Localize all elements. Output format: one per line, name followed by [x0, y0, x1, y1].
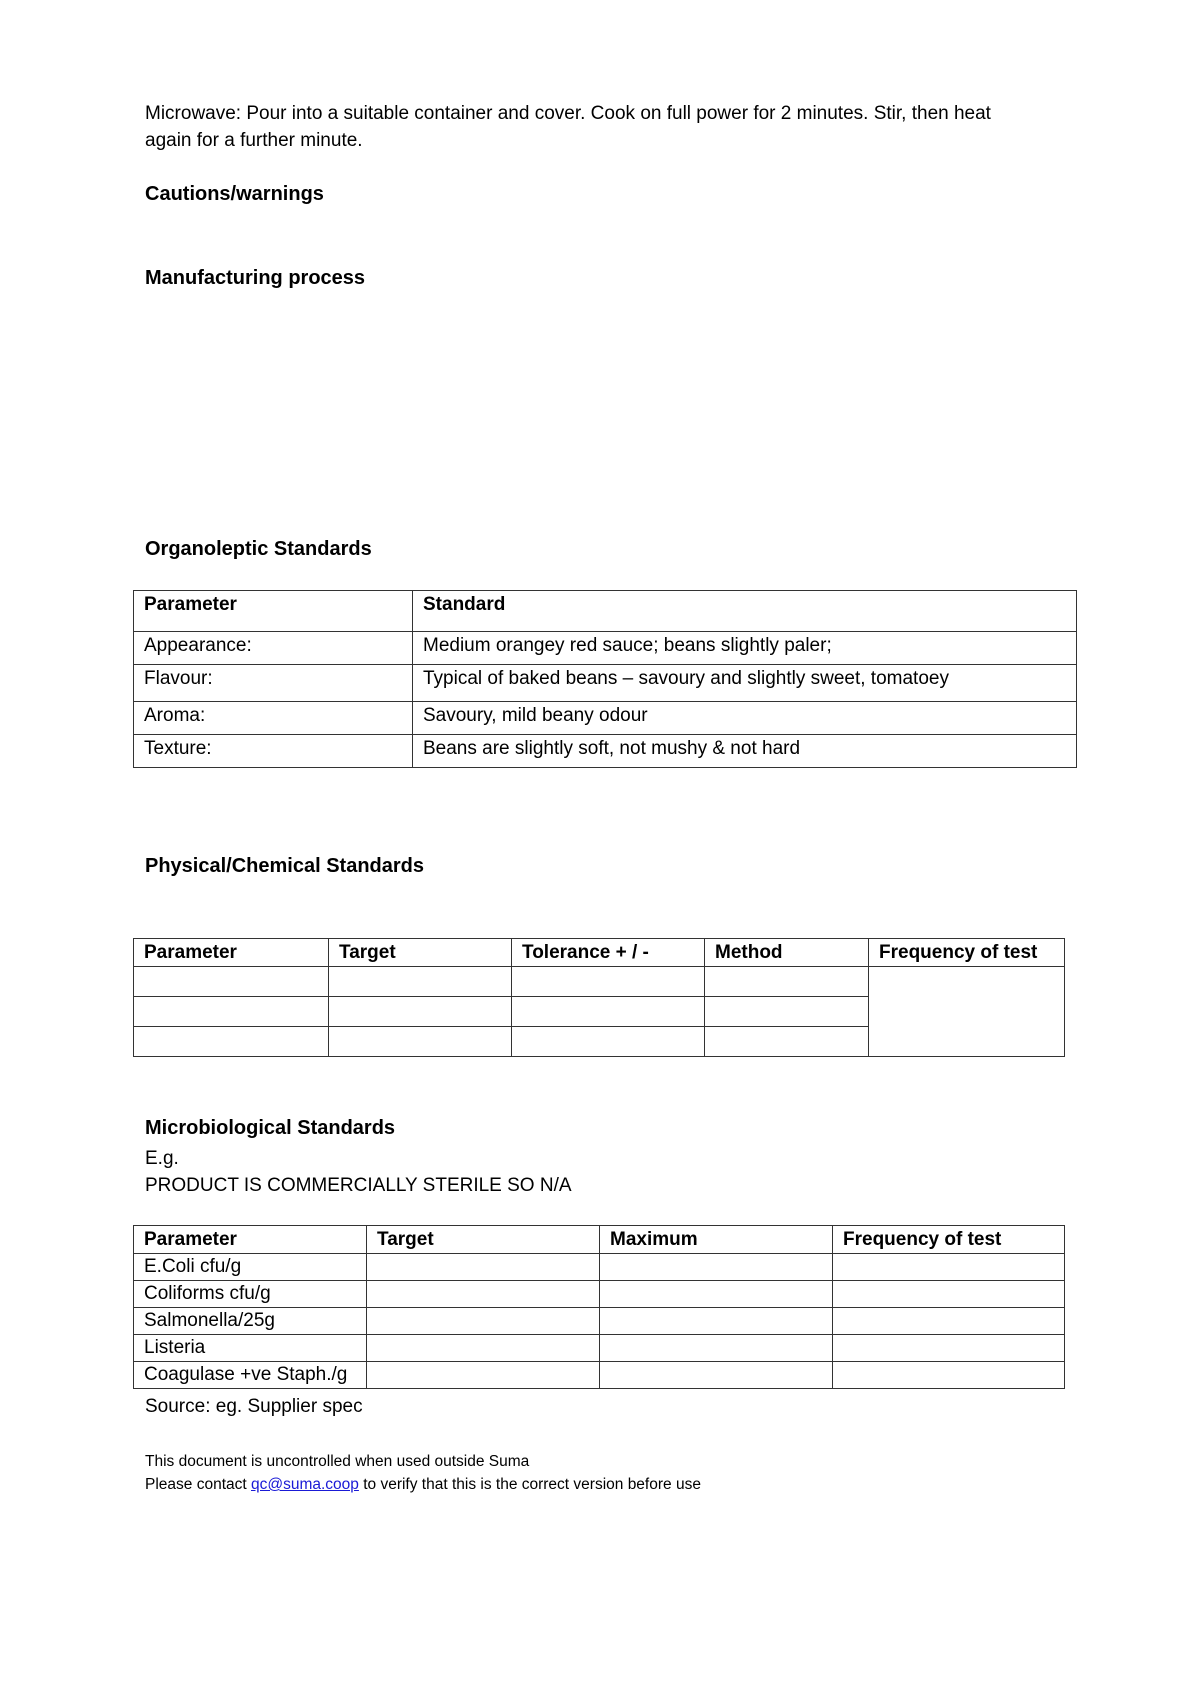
maximum-cell[interactable]: [600, 1254, 833, 1281]
parameter-cell: E.Coli cfu/g: [134, 1254, 367, 1281]
micro-table: Parameter Target Maximum Frequency of te…: [133, 1225, 1065, 1389]
table-row: E.Coli cfu/g: [134, 1254, 1065, 1281]
header-tolerance: Tolerance + / -: [512, 939, 705, 967]
target-cell[interactable]: [329, 967, 512, 997]
target-cell[interactable]: [367, 1308, 600, 1335]
header-parameter: Parameter: [134, 591, 413, 632]
parameter-cell: Appearance:: [134, 632, 413, 665]
header-target: Target: [329, 939, 512, 967]
parameter-cell[interactable]: [134, 997, 329, 1027]
micro-eg: E.g.: [145, 1145, 179, 1172]
target-cell[interactable]: [367, 1335, 600, 1362]
table-header-row: Parameter Target Tolerance + / - Method …: [134, 939, 1065, 967]
frequency-cell[interactable]: [833, 1362, 1065, 1389]
tolerance-cell[interactable]: [512, 1027, 705, 1057]
manufacturing-heading: Manufacturing process: [145, 267, 365, 290]
parameter-cell: Coliforms cfu/g: [134, 1281, 367, 1308]
cautions-heading: Cautions/warnings: [145, 183, 324, 206]
parameter-cell: Listeria: [134, 1335, 367, 1362]
method-cell[interactable]: [705, 1027, 869, 1057]
table-row: Listeria: [134, 1335, 1065, 1362]
header-target: Target: [367, 1226, 600, 1254]
microwave-line-1: Microwave: Pour into a suitable containe…: [145, 100, 991, 127]
table-row: Aroma: Savoury, mild beany odour: [134, 702, 1077, 735]
tolerance-cell[interactable]: [512, 997, 705, 1027]
header-maximum: Maximum: [600, 1226, 833, 1254]
document-footer: This document is uncontrolled when used …: [145, 1450, 701, 1496]
table-row: [134, 967, 1065, 997]
microwave-line-2: again for a further minute.: [145, 127, 991, 154]
table-header-row: Parameter Standard: [134, 591, 1077, 632]
table-row: Texture: Beans are slightly soft, not mu…: [134, 735, 1077, 768]
table-header-row: Parameter Target Maximum Frequency of te…: [134, 1226, 1065, 1254]
contact-line: Please contact qc@suma.coop to verify th…: [145, 1473, 701, 1496]
microwave-instructions: Microwave: Pour into a suitable containe…: [145, 100, 991, 154]
table-row: Coagulase +ve Staph./g: [134, 1362, 1065, 1389]
frequency-cell[interactable]: [833, 1335, 1065, 1362]
header-frequency: Frequency of test: [833, 1226, 1065, 1254]
parameter-cell[interactable]: [134, 1027, 329, 1057]
frequency-cell[interactable]: [833, 1254, 1065, 1281]
frequency-cell[interactable]: [869, 967, 1065, 1057]
target-cell[interactable]: [367, 1362, 600, 1389]
table-row: Appearance: Medium orangey red sauce; be…: [134, 632, 1077, 665]
target-cell[interactable]: [367, 1281, 600, 1308]
parameter-cell: Texture:: [134, 735, 413, 768]
table-row: Flavour: Typical of baked beans – savour…: [134, 665, 1077, 702]
header-parameter: Parameter: [134, 1226, 367, 1254]
parameter-cell: Aroma:: [134, 702, 413, 735]
parameter-cell: Flavour:: [134, 665, 413, 702]
standard-cell: Beans are slightly soft, not mushy & not…: [413, 735, 1077, 768]
contact-email-link[interactable]: qc@suma.coop: [251, 1476, 359, 1493]
tolerance-cell[interactable]: [512, 967, 705, 997]
standard-cell: Typical of baked beans – savoury and sli…: [413, 665, 1077, 702]
standard-cell: Medium orangey red sauce; beans slightly…: [413, 632, 1077, 665]
physical-table: Parameter Target Tolerance + / - Method …: [133, 938, 1065, 1057]
maximum-cell[interactable]: [600, 1362, 833, 1389]
header-standard: Standard: [413, 591, 1077, 632]
source-note: Source: eg. Supplier spec: [145, 1393, 363, 1420]
parameter-cell: Coagulase +ve Staph./g: [134, 1362, 367, 1389]
maximum-cell[interactable]: [600, 1335, 833, 1362]
organoleptic-table: Parameter Standard Appearance: Medium or…: [133, 590, 1077, 768]
uncontrolled-notice: This document is uncontrolled when used …: [145, 1450, 701, 1473]
target-cell[interactable]: [329, 1027, 512, 1057]
target-cell[interactable]: [367, 1254, 600, 1281]
header-frequency: Frequency of test: [869, 939, 1065, 967]
micro-heading: Microbiological Standards: [145, 1117, 395, 1140]
parameter-cell: Salmonella/25g: [134, 1308, 367, 1335]
contact-suffix: to verify that this is the correct versi…: [359, 1476, 701, 1493]
target-cell[interactable]: [329, 997, 512, 1027]
method-cell[interactable]: [705, 967, 869, 997]
standard-cell: Savoury, mild beany odour: [413, 702, 1077, 735]
maximum-cell[interactable]: [600, 1281, 833, 1308]
parameter-cell[interactable]: [134, 967, 329, 997]
method-cell[interactable]: [705, 997, 869, 1027]
physical-heading: Physical/Chemical Standards: [145, 855, 424, 878]
micro-note: PRODUCT IS COMMERCIALLY STERILE SO N/A: [145, 1172, 572, 1199]
frequency-cell[interactable]: [833, 1281, 1065, 1308]
organoleptic-heading: Organoleptic Standards: [145, 538, 372, 561]
header-method: Method: [705, 939, 869, 967]
contact-prefix: Please contact: [145, 1476, 251, 1493]
maximum-cell[interactable]: [600, 1308, 833, 1335]
frequency-cell[interactable]: [833, 1308, 1065, 1335]
header-parameter: Parameter: [134, 939, 329, 967]
table-row: Coliforms cfu/g: [134, 1281, 1065, 1308]
table-row: Salmonella/25g: [134, 1308, 1065, 1335]
